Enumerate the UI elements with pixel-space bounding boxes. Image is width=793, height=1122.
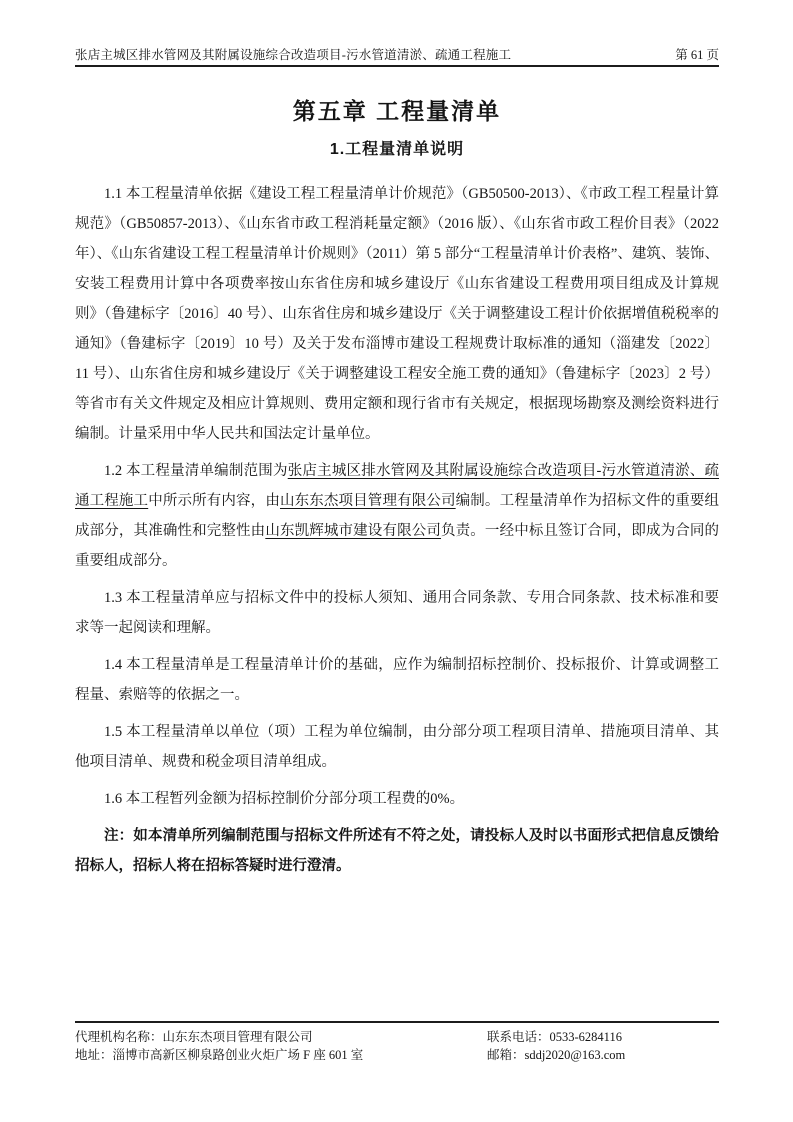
footer-phone: 联系电话：0533-6284116 [487, 1028, 719, 1046]
footer-agency-name: 代理机构名称：山东东杰项目管理有限公司 [75, 1028, 487, 1046]
header-page-number: 第 61 页 [665, 47, 719, 63]
section-subtitle: 1.工程量清单说明 [75, 140, 719, 160]
note-paragraph: 注：如本清单所列编制范围与招标文件所述有不符之处，请投标人及时以书面形式把信息反… [75, 821, 719, 881]
clause-1-5: 1.5 本工程量清单以单位（项）工程为单位编制，由分部分项工程项目清单、措施项目… [75, 717, 719, 777]
clause-1-3: 1.3 本工程量清单应与招标文件中的投标人须知、通用合同条款、专用合同条款、技术… [75, 583, 719, 643]
footer-right-column: 联系电话：0533-6284116 邮箱：sddj2020@163.com [487, 1028, 719, 1064]
page-footer: 代理机构名称：山东东杰项目管理有限公司 地址：淄博市高新区柳泉路创业火炬广场 F… [75, 1021, 719, 1064]
clause-1-2-lead: 1.2 本工程量清单编制范围为 [104, 463, 288, 479]
clause-1-4: 1.4 本工程量清单是工程量清单计价的基础，应作为编制招标控制价、投标报价、计算… [75, 650, 719, 710]
clause-1-1: 1.1 本工程量清单依据《建设工程工程量清单计价规范》（GB50500-2013… [75, 179, 719, 449]
underlined-responsible-company: 山东凯辉城市建设有限公司 [265, 523, 441, 539]
clause-1-2-text: 中所示所有内容，由 [148, 493, 280, 509]
footer-email: 邮箱：sddj2020@163.com [487, 1046, 719, 1064]
clause-1-2: 1.2 本工程量清单编制范围为张店主城区排水管网及其附属设施综合改造项目-污水管… [75, 456, 719, 576]
document-content: 第五章 工程量清单 1.工程量清单说明 1.1 本工程量清单依据《建设工程工程量… [75, 86, 719, 881]
footer-left-column: 代理机构名称：山东东杰项目管理有限公司 地址：淄博市高新区柳泉路创业火炬广场 F… [75, 1028, 487, 1064]
footer-address: 地址：淄博市高新区柳泉路创业火炬广场 F 座 601 室 [75, 1046, 487, 1064]
chapter-title: 第五章 工程量清单 [75, 96, 719, 126]
page-header: 张店主城区排水管网及其附属设施综合改造项目-污水管道清淤、疏通工程施工 第 61… [75, 47, 719, 67]
document-page: 张店主城区排水管网及其附属设施综合改造项目-污水管道清淤、疏通工程施工 第 61… [0, 0, 793, 1122]
underlined-compiler-company: 山东东杰项目管理有限公司 [280, 493, 456, 509]
header-project-title: 张店主城区排水管网及其附属设施综合改造项目-污水管道清淤、疏通工程施工 [75, 47, 511, 63]
clause-1-6: 1.6 本工程暂列金额为招标控制价分部分项工程费的0%。 [75, 784, 719, 814]
